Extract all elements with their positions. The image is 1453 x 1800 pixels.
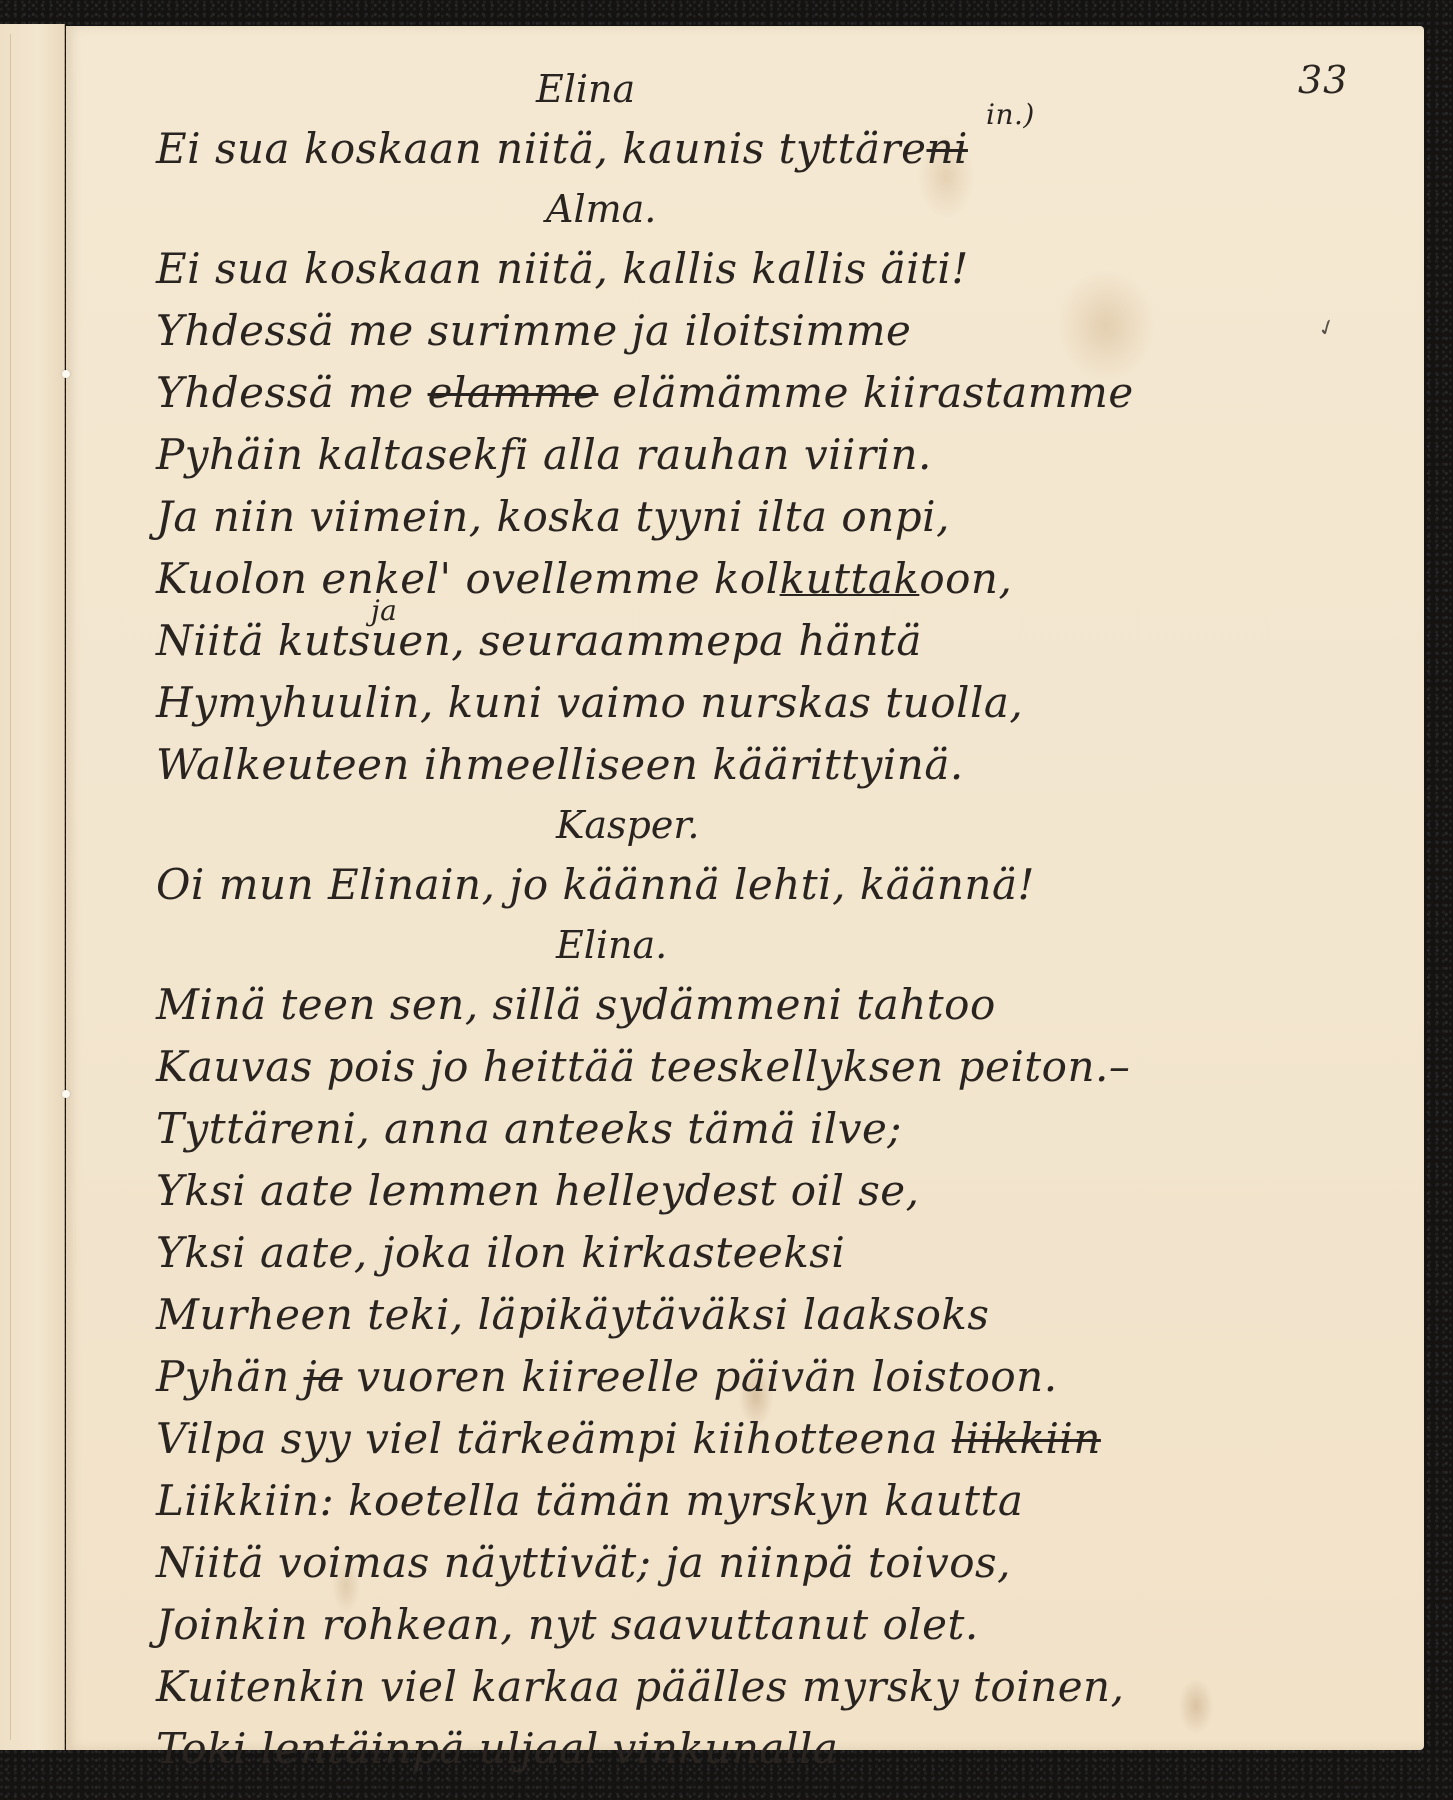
interlinear-insertion: ja [371,580,397,642]
verse-line: Liikkiin: koetella tämän myrskyn kautta [156,1470,1306,1532]
line-text: Kuolon enkel' ovellemme kol [156,554,780,603]
verse-line: Niitä voimas näyttivät; ja niinpä toivos… [156,1532,1306,1594]
struck-text: ja [303,1352,342,1401]
verse-line: Pyhäin kaltasekfi alla rauhan viirin. [156,424,1306,486]
verse-line: Ei sua koskaan niitä, kaunis tyttäreni i… [156,118,1306,180]
verse-line: Kauvas pois jo heittää teeskellyksen pei… [156,1036,1306,1098]
binding-stitch-hole [62,1090,70,1098]
verse-line: Kuolon enkel' ovellemme kolkuttakoon, [156,548,1306,610]
speaker-name: Elina. [156,916,1306,974]
verse-line: Minä teen sen, sillä sydämmeni tahtoo [156,974,1306,1036]
verse-line: Pyhän ja vuoren kiireelle päivän loistoo… [156,1346,1306,1408]
struck-text: ni [926,124,967,173]
line-text: elämämme kiirastamme [598,368,1133,417]
verse-line: Yhdessä me surimme ja iloitsimme [156,300,1306,362]
verse-line: Yksi aate lemmen helleydest oil se, [156,1160,1306,1222]
verse-line: Walkeuteen ihmeelliseen käärittyinä. [156,734,1306,796]
line-text: Yhdessä me [156,368,428,417]
page-fold-line [10,34,11,1740]
verse-line: Hymyhuulin, kuni vaimo nurskas tuolla, [156,672,1306,734]
line-text: Ei sua koskaan niitä, kaunis tyttäre [156,124,926,173]
verse-line: Niitä kutsuen, seuraammepa häntä ja [156,610,1306,672]
speaker-name: Kasper. [156,796,1306,854]
struck-text: liikkiin [952,1414,1101,1463]
manuscript-text: Elina Ei sua koskaan niitä, kaunis tyttä… [156,60,1306,1780]
verse-line: Yhdessä me elamme elämämme kiirastamme [156,362,1306,424]
underlined-text: kuttak [780,554,920,603]
speaker-name: Alma. [156,180,1306,238]
verse-line: Yksi aate, joka ilon kirkasteeksi [156,1222,1306,1284]
verse-line: Tyttäreni, anna anteeks tämä ilve; [156,1098,1306,1160]
verse-line: Oi mun Elinain, jo käännä lehti, käännä! [156,854,1306,916]
verse-line: Murheen teki, läpikäytäväksi laaksoks [156,1284,1306,1346]
line-text: Pyhän [156,1352,303,1401]
verse-line: Joinkin rohkean, nyt saavuttanut olet. [156,1594,1306,1656]
verse-line: Ei sua koskaan niitä, kallis kallis äiti… [156,238,1306,300]
facing-page-edge [0,24,65,1750]
line-text: Niitä kutsuen, seuraammepa häntä [156,616,922,665]
interlinear-insertion: in.) [986,84,1035,146]
line-text: oon, [919,554,1012,603]
verse-line: Ja niin viimein, koska tyyni ilta onpi, [156,486,1306,548]
verse-line: Kuitenkin viel karkaa päälles myrsky toi… [156,1656,1306,1718]
verse-line: Toki lentäinpä uljaal vinkunalla [156,1718,1306,1780]
struck-text: elamme [428,368,599,417]
line-text: Vilpa syy viel tärkeämpi kiihotteena [156,1414,952,1463]
verse-line: Vilpa syy viel tärkeämpi kiihotteena lii… [156,1408,1306,1470]
speaker-name: Elina [156,60,1306,118]
line-text: vuoren kiireelle päivän loistoon. [343,1352,1058,1401]
binding-stitch-hole [62,370,70,378]
